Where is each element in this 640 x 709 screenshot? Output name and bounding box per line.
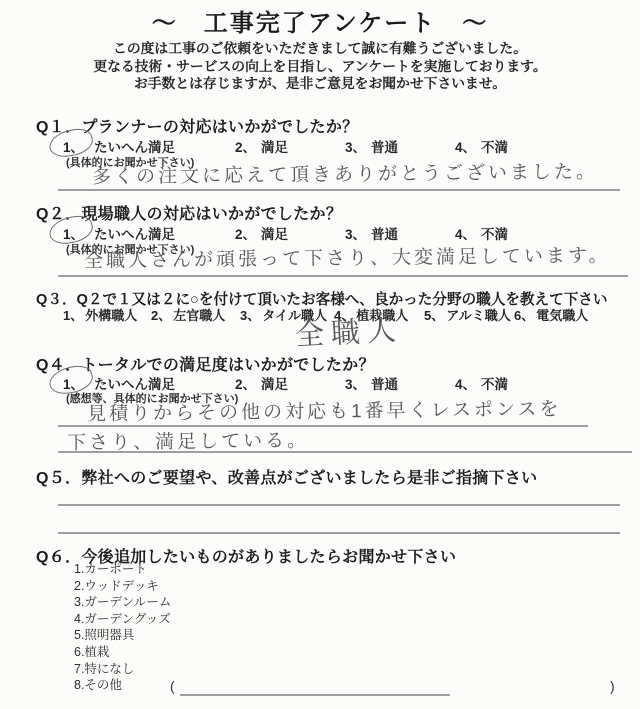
option-number: 6、 [514, 308, 534, 323]
rating-option: 3、普通 [345, 136, 398, 156]
option-label: 不満 [481, 227, 508, 242]
option-number: 4、 [455, 377, 476, 392]
q4-handwritten-answer-line1: 見積りからその他の対応も1番早くレスポンスを [87, 394, 562, 426]
rating-option: 4、不満 [455, 223, 508, 243]
rating-option: 4、不満 [455, 373, 508, 393]
rating-option: 3、普通 [345, 373, 398, 393]
option-label: 満足 [261, 227, 288, 242]
option-label: 不満 [481, 377, 508, 392]
q6-option: 6.植栽 [74, 644, 171, 661]
option-number: 3、 [345, 140, 366, 155]
option-number: 3、 [345, 377, 366, 392]
option-label: アルミ職人 [446, 308, 510, 323]
option-label: 左官職人 [173, 308, 225, 323]
q5-blank-line-1 [58, 504, 620, 506]
intro-line: 更なる技術・サービスの向上を目指し、アンケートを実施しております。 [0, 58, 640, 76]
q6-options-list: 1.カーポート2.ウッドデッキ3.ガーデンルーム4.ガーデングッズ5.照明器具6… [74, 561, 171, 694]
craftsman-option: 2、左官職人 [151, 305, 225, 324]
option-label: 不満 [481, 140, 508, 155]
q6-option: 8.その他 [74, 677, 171, 694]
option-label: 普通 [371, 227, 398, 242]
q5-blank-line-2 [58, 532, 620, 534]
option-label: たいへん満足 [94, 227, 175, 242]
survey-document: ～ 工事完了アンケート ～ この度は工事のご依頼をいただきまして誠に有難うござい… [0, 0, 640, 709]
q6-option: 5.照明器具 [74, 627, 171, 644]
q3-handwritten-answer: 全職人 [294, 307, 404, 354]
option-number: 2、 [151, 308, 171, 323]
q1-options-row: 1、たいへん満足 2、満足 3、普通 4、不満 [0, 136, 640, 154]
option-label: 普通 [371, 140, 398, 155]
option-label: 満足 [261, 377, 288, 392]
q6-option: 2.ウッドデッキ [74, 578, 171, 595]
q6-option: 3.ガーデンルーム [74, 594, 171, 611]
option-number: 2、 [235, 227, 256, 242]
option-label: 外構職人 [85, 308, 137, 323]
q2-options-row: 1、たいへん満足 2、満足 3、普通 4、不満 [0, 223, 640, 241]
q4-answer-underline-2 [58, 451, 632, 453]
option-number: 3、 [240, 308, 260, 323]
rating-option: 4、不満 [455, 136, 508, 156]
q1-answer-underline [58, 189, 620, 191]
option-label: たいへん満足 [94, 140, 175, 155]
option-number: 2、 [235, 140, 256, 155]
craftsman-option: 1、外構職人 [63, 305, 137, 324]
q2-handwritten-answer: 全職人さんが頑張って下さり、大変満足しています。 [84, 240, 611, 273]
q6-other-answer-line [180, 694, 450, 696]
intro-paragraph: この度は工事のご依頼をいただきまして誠に有難うございました。更なる技術・サービス… [0, 40, 640, 93]
intro-line: お手数とは存じますが、是非ご意見をお聞かせ下さいませ。 [0, 75, 640, 93]
intro-line: この度は工事のご依頼をいただきまして誠に有難うございました。 [0, 40, 640, 58]
option-number: 4、 [455, 227, 476, 242]
q6-option: 1.カーポート [74, 561, 171, 578]
rating-option: 2、満足 [235, 373, 288, 393]
q2-answer-underline [58, 275, 628, 277]
q4-options-row: 1、たいへん満足 2、満足 3、普通 4、不満 [0, 373, 640, 391]
q1-handwritten-answer: 多くの注文に応えて頂きありがとうございました。 [92, 157, 598, 189]
option-number: 4、 [455, 140, 476, 155]
rating-option: 2、満足 [235, 136, 288, 156]
option-label: 満足 [261, 140, 288, 155]
option-number: 1、 [63, 308, 83, 323]
q6-other-paren-open: ( [170, 678, 175, 694]
q6-other-paren-close: ) [610, 678, 615, 694]
option-label: 電気職人 [536, 308, 588, 323]
q6-option: 7.特になし [74, 661, 171, 678]
q5-heading: Q５．弊社へのご要望や、改善点がございましたら是非ご指摘下さい [36, 465, 537, 488]
option-label: 普通 [371, 377, 398, 392]
rating-option: 3、普通 [345, 223, 398, 243]
option-number: 3、 [345, 227, 366, 242]
rating-option: 2、満足 [235, 223, 288, 243]
option-number: 5、 [424, 308, 444, 323]
q6-option: 4.ガーデングッズ [74, 611, 171, 628]
craftsman-option: 5、アルミ職人 [424, 305, 511, 324]
page-title: ～ 工事完了アンケート ～ [0, 3, 640, 38]
craftsman-option: 6、電気職人 [514, 305, 588, 324]
